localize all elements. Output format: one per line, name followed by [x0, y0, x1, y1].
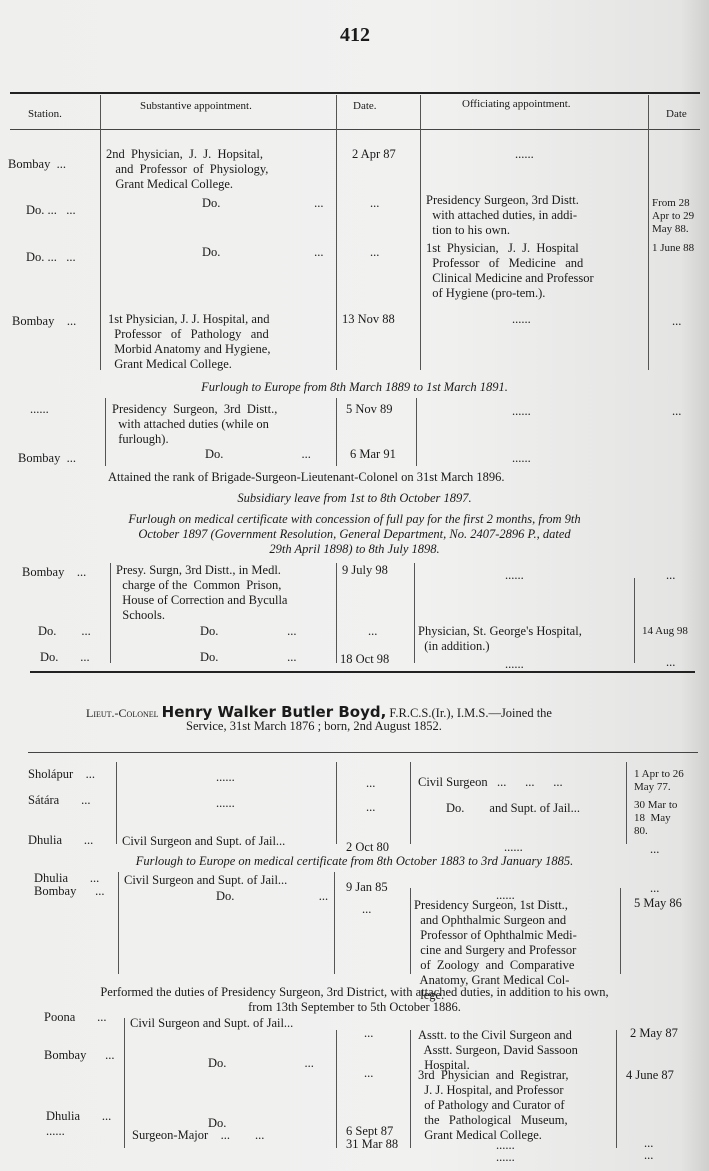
column-rule	[116, 762, 117, 844]
station-cell: Dhulia ...	[28, 833, 93, 848]
date2-cell: 4 June 87	[626, 1068, 674, 1083]
date-cell: 13 Nov 88	[342, 312, 395, 327]
substantive-cell: Do. ...	[205, 447, 311, 462]
station-cell: Bombay ...	[44, 1048, 114, 1063]
station-cell: Do. ... ...	[26, 203, 76, 218]
officiating-cell: ......	[512, 404, 531, 419]
date-cell: ...	[368, 624, 377, 639]
officiating-cell: ......	[505, 657, 524, 672]
column-rule	[334, 872, 335, 974]
substantive-cell: Civil Surgeon and Supt. of Jail...	[130, 1016, 293, 1031]
column-rule	[124, 1018, 125, 1148]
column-rule	[410, 762, 411, 844]
station-cell: Bombay ...	[34, 884, 104, 899]
col-header-date2: Date	[666, 108, 687, 120]
date2-cell: ...	[650, 881, 659, 896]
station-cell: Bombay ...	[12, 314, 76, 329]
station-cell: Bombay ...	[22, 565, 86, 580]
substantive-cell: Civil Surgeon and Supt. of Jail...	[124, 873, 287, 888]
officiating-cell: 1st Physician, J. J. Hospital Professor …	[426, 241, 594, 301]
substantive-cell: 1st Physician, J. J. Hospital, and Profe…	[108, 312, 270, 372]
date2-cell: 30 Mar to 18 May 80.	[634, 799, 677, 838]
officiating-cell: ......	[504, 840, 523, 855]
date-cell: ...	[366, 800, 375, 815]
document-page: 412 Station. Substantive appointment. Da…	[0, 0, 709, 1171]
column-rule	[105, 398, 106, 466]
header-bottom-rule	[10, 129, 700, 130]
col-header-officiating: Officiating appointment.	[462, 98, 571, 110]
date2-cell: ...	[672, 404, 681, 419]
station-cell: Poona ...	[44, 1010, 107, 1025]
officiating-cell: Civil Surgeon ... ... ...	[418, 775, 563, 790]
officer-service-line: Service, 31st March 1876 ; born, 2nd Aug…	[186, 719, 442, 734]
date-cell: ...	[370, 245, 379, 260]
col-header-substantive: Substantive appointment.	[140, 100, 252, 112]
substantive-cell: Do. ...	[200, 624, 297, 639]
column-rule	[410, 1030, 411, 1148]
furlough-medical-note: Furlough on medical certificate with con…	[0, 512, 709, 557]
date-cell: ...	[362, 902, 371, 917]
date2-cell: ...	[666, 568, 675, 583]
column-rule	[110, 563, 111, 663]
station-cell: Dhulia ...	[46, 1109, 111, 1124]
header-top-rule	[10, 92, 700, 94]
officiating-cell: Presidency Surgeon, 3rd Distt. with atta…	[426, 193, 579, 238]
substantive-cell: Do. ...	[202, 245, 324, 260]
substantive-cell: Do. ...	[200, 650, 297, 665]
column-rule	[336, 398, 337, 466]
station-cell: Sátára ...	[28, 793, 90, 808]
substantive-cell: Presidency Surgeon, 3rd Distt., with att…	[112, 402, 277, 447]
date2-cell: 5 May 86	[634, 896, 682, 911]
column-rule	[626, 762, 627, 844]
officiating-cell: ......	[512, 312, 531, 327]
furlough-note: Furlough to Europe on medical certificat…	[0, 854, 709, 869]
column-rule	[420, 95, 421, 370]
section-divider	[30, 671, 695, 673]
column-rule	[100, 95, 101, 370]
column-rule	[620, 888, 621, 974]
col-header-date: Date.	[353, 100, 377, 112]
date-cell: ...	[364, 1026, 373, 1041]
date2-cell: 1 June 88	[652, 242, 694, 255]
subsidiary-leave-note: Subsidiary leave from 1st to 8th October…	[0, 491, 709, 506]
column-rule	[336, 563, 337, 663]
column-rule	[410, 888, 411, 974]
date2-cell: 14 Aug 98	[642, 625, 688, 638]
station-cell: ......	[46, 1124, 65, 1139]
substantive-cell: Civil Surgeon and Supt. of Jail...	[122, 834, 285, 849]
date-cell: ...	[366, 776, 375, 791]
officer-qualifications: F.R.C.S.(Ir.), I.M.S.—Joined the	[389, 706, 552, 720]
column-rule	[118, 872, 119, 974]
column-rule	[416, 398, 417, 466]
officiating-cell: Physician, St. George's Hospital, (in ad…	[418, 624, 582, 654]
officiating-cell: 3rd Physician and Registrar, J. J. Hospi…	[418, 1068, 569, 1143]
date-cell: 31 Mar 88	[346, 1137, 398, 1152]
officiating-cell: ......	[496, 1150, 515, 1165]
column-rule	[336, 95, 337, 370]
date-cell: 5 Nov 89	[346, 402, 393, 417]
officiating-cell: Asstt. to the Civil Surgeon and Asstt. S…	[418, 1028, 578, 1073]
date-cell: 2 Apr 87	[352, 147, 396, 162]
date2-cell: ...	[644, 1148, 653, 1163]
station-cell: Do. ... ...	[26, 250, 76, 265]
station-cell: ......	[30, 402, 49, 417]
officiating-cell: ......	[512, 451, 531, 466]
furlough-note: Furlough to Europe from 8th March 1889 t…	[0, 380, 709, 395]
station-cell: Bombay ...	[8, 157, 66, 172]
date2-cell: 2 May 87	[630, 1026, 678, 1041]
column-rule	[648, 95, 649, 370]
officiating-cell: Do. and Supt. of Jail...	[446, 801, 580, 816]
substantive-cell: 2nd Physician, J. J. Hopsital, and Profe…	[106, 147, 268, 192]
officiating-cell: ......	[515, 147, 534, 162]
date-cell: 6 Mar 91	[350, 447, 396, 462]
substantive-cell: Presy. Surgn, 3rd Distt., in Medl. charg…	[116, 563, 287, 623]
officiating-cell: ......	[505, 568, 524, 583]
date-cell: 9 Jan 85	[346, 880, 388, 895]
substantive-cell: Do. ...	[208, 1056, 314, 1071]
station-cell: Do. ...	[40, 650, 90, 665]
col-header-station: Station.	[28, 108, 62, 120]
section2-top-rule	[28, 752, 698, 753]
date2-cell: 1 Apr to 26 May 77.	[634, 768, 684, 794]
station-cell: Do. ...	[38, 624, 91, 639]
column-rule	[336, 1030, 337, 1148]
substantive-cell: ......	[216, 796, 235, 811]
date2-cell: From 28 Apr to 29 May 88.	[652, 197, 694, 236]
date-cell: 18 Oct 98	[340, 652, 389, 667]
rank-note: Attained the rank of Brigade-Surgeon-Lie…	[108, 470, 505, 485]
column-rule	[336, 762, 337, 844]
officer-rank: Lieut.-Colonel	[86, 706, 159, 720]
date-cell: 9 July 98	[342, 563, 388, 578]
date-cell: ...	[364, 1066, 373, 1081]
substantive-cell: Do. ...	[202, 196, 324, 211]
column-rule	[616, 1030, 617, 1148]
date-cell: ...	[370, 196, 379, 211]
column-rule	[634, 578, 635, 663]
date2-cell: ...	[672, 314, 681, 329]
column-rule	[414, 563, 415, 663]
date2-cell: ...	[666, 655, 675, 670]
date-cell: 2 Oct 80	[346, 840, 389, 855]
substantive-cell: ......	[216, 770, 235, 785]
station-cell: Bombay ...	[18, 451, 76, 466]
substantive-cell: Do. ...	[216, 889, 328, 904]
page-number: 412	[340, 24, 370, 47]
substantive-cell: Surgeon-Major ... ...	[132, 1128, 264, 1143]
station-cell: Sholápur ...	[28, 767, 95, 782]
